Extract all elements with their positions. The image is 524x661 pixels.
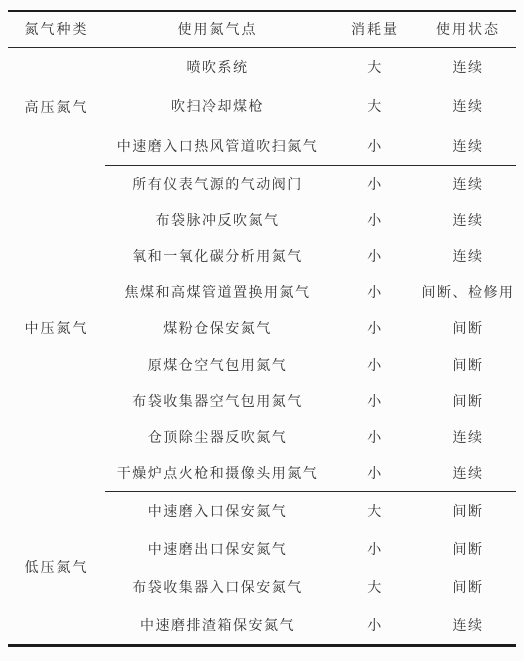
consumption-cell: 大 — [330, 491, 420, 530]
header-usage-point: 使用氮气点 — [105, 11, 330, 47]
status-cell: 间断 — [420, 568, 516, 607]
group-low-pressure: 低压氮气 中速磨入口保安氮气 大 间断 中速磨出口保安氮气 小 间断 布袋收集器… — [8, 491, 516, 645]
usage-point-cell: 仓顶除尘器反吹氮气 — [105, 419, 330, 455]
consumption-cell: 小 — [330, 530, 420, 569]
usage-point-cell: 干燥炉点火枪和摄像头用氮气 — [105, 455, 330, 491]
group-label-high-pressure: 高压氮气 — [8, 47, 105, 166]
group-label-low-pressure: 低压氮气 — [8, 491, 105, 645]
status-cell: 连续 — [420, 47, 516, 87]
consumption-cell: 小 — [330, 126, 420, 166]
usage-point-cell: 中速磨出口保安氮气 — [105, 530, 330, 569]
status-cell: 连续 — [420, 126, 516, 166]
group-medium-pressure: 中压氮气 所有仪表气源的气动阀门 小 连续 布袋脉冲反吹氮气 小 连续 氧和一氧… — [8, 166, 516, 492]
consumption-cell: 小 — [330, 274, 420, 310]
usage-point-cell: 焦煤和高煤管道置换用氮气 — [105, 274, 330, 310]
group-label-medium-pressure: 中压氮气 — [8, 166, 105, 492]
consumption-cell: 小 — [330, 310, 420, 346]
usage-point-cell: 中速磨入口保安氮气 — [105, 491, 330, 530]
status-cell: 间断 — [420, 530, 516, 569]
consumption-cell: 小 — [330, 166, 420, 202]
consumption-cell: 大 — [330, 47, 420, 87]
group-high-pressure: 高压氮气 喷吹系统 大 连续 吹扫冷却煤枪 大 连续 中速磨入口热风管道吹扫氮气… — [8, 47, 516, 166]
status-cell: 连续 — [420, 87, 516, 127]
consumption-cell: 小 — [330, 455, 420, 491]
header-usage-status: 使用状态 — [420, 11, 516, 47]
usage-point-cell: 原煤仓空气包用氮气 — [105, 346, 330, 382]
status-cell: 连续 — [420, 238, 516, 274]
status-cell: 间断 — [420, 310, 516, 346]
usage-point-cell: 喷吹系统 — [105, 47, 330, 87]
status-cell: 间断 — [420, 491, 516, 530]
consumption-cell: 小 — [330, 607, 420, 646]
consumption-cell: 大 — [330, 87, 420, 127]
table-header: 氮气种类 使用氮气点 消耗量 使用状态 — [8, 11, 516, 47]
header-gas-type: 氮气种类 — [8, 11, 105, 47]
consumption-cell: 大 — [330, 568, 420, 607]
nitrogen-usage-table: 氮气种类 使用氮气点 消耗量 使用状态 高压氮气 喷吹系统 大 连续 吹扫冷却煤… — [8, 10, 516, 647]
status-cell: 连续 — [420, 419, 516, 455]
header-consumption: 消耗量 — [330, 11, 420, 47]
usage-point-cell: 布袋脉冲反吹氮气 — [105, 202, 330, 238]
consumption-cell: 小 — [330, 383, 420, 419]
status-cell: 连续 — [420, 202, 516, 238]
consumption-cell: 小 — [330, 346, 420, 382]
table-row: 低压氮气 中速磨入口保安氮气 大 间断 — [8, 491, 516, 530]
header-row: 氮气种类 使用氮气点 消耗量 使用状态 — [8, 11, 516, 47]
usage-point-cell: 布袋收集器入口保安氮气 — [105, 568, 330, 607]
table-row: 高压氮气 喷吹系统 大 连续 — [8, 47, 516, 87]
usage-point-cell: 氧和一氧化碳分析用氮气 — [105, 238, 330, 274]
usage-point-cell: 中速磨排渣箱保安氮气 — [105, 607, 330, 646]
usage-point-cell: 中速磨入口热风管道吹扫氮气 — [105, 126, 330, 166]
status-cell: 间断、检修用 — [420, 274, 516, 310]
status-cell: 间断 — [420, 383, 516, 419]
usage-point-cell: 煤粉仓保安氮气 — [105, 310, 330, 346]
consumption-cell: 小 — [330, 202, 420, 238]
usage-point-cell: 布袋收集器空气包用氮气 — [105, 383, 330, 419]
status-cell: 连续 — [420, 455, 516, 491]
status-cell: 间断 — [420, 346, 516, 382]
usage-point-cell: 所有仪表气源的气动阀门 — [105, 166, 330, 202]
consumption-cell: 小 — [330, 238, 420, 274]
table-row: 中压氮气 所有仪表气源的气动阀门 小 连续 — [8, 166, 516, 202]
document-page: 氮气种类 使用氮气点 消耗量 使用状态 高压氮气 喷吹系统 大 连续 吹扫冷却煤… — [0, 0, 524, 661]
usage-point-cell: 吹扫冷却煤枪 — [105, 87, 330, 127]
status-cell: 连续 — [420, 607, 516, 646]
status-cell: 连续 — [420, 166, 516, 202]
consumption-cell: 小 — [330, 419, 420, 455]
